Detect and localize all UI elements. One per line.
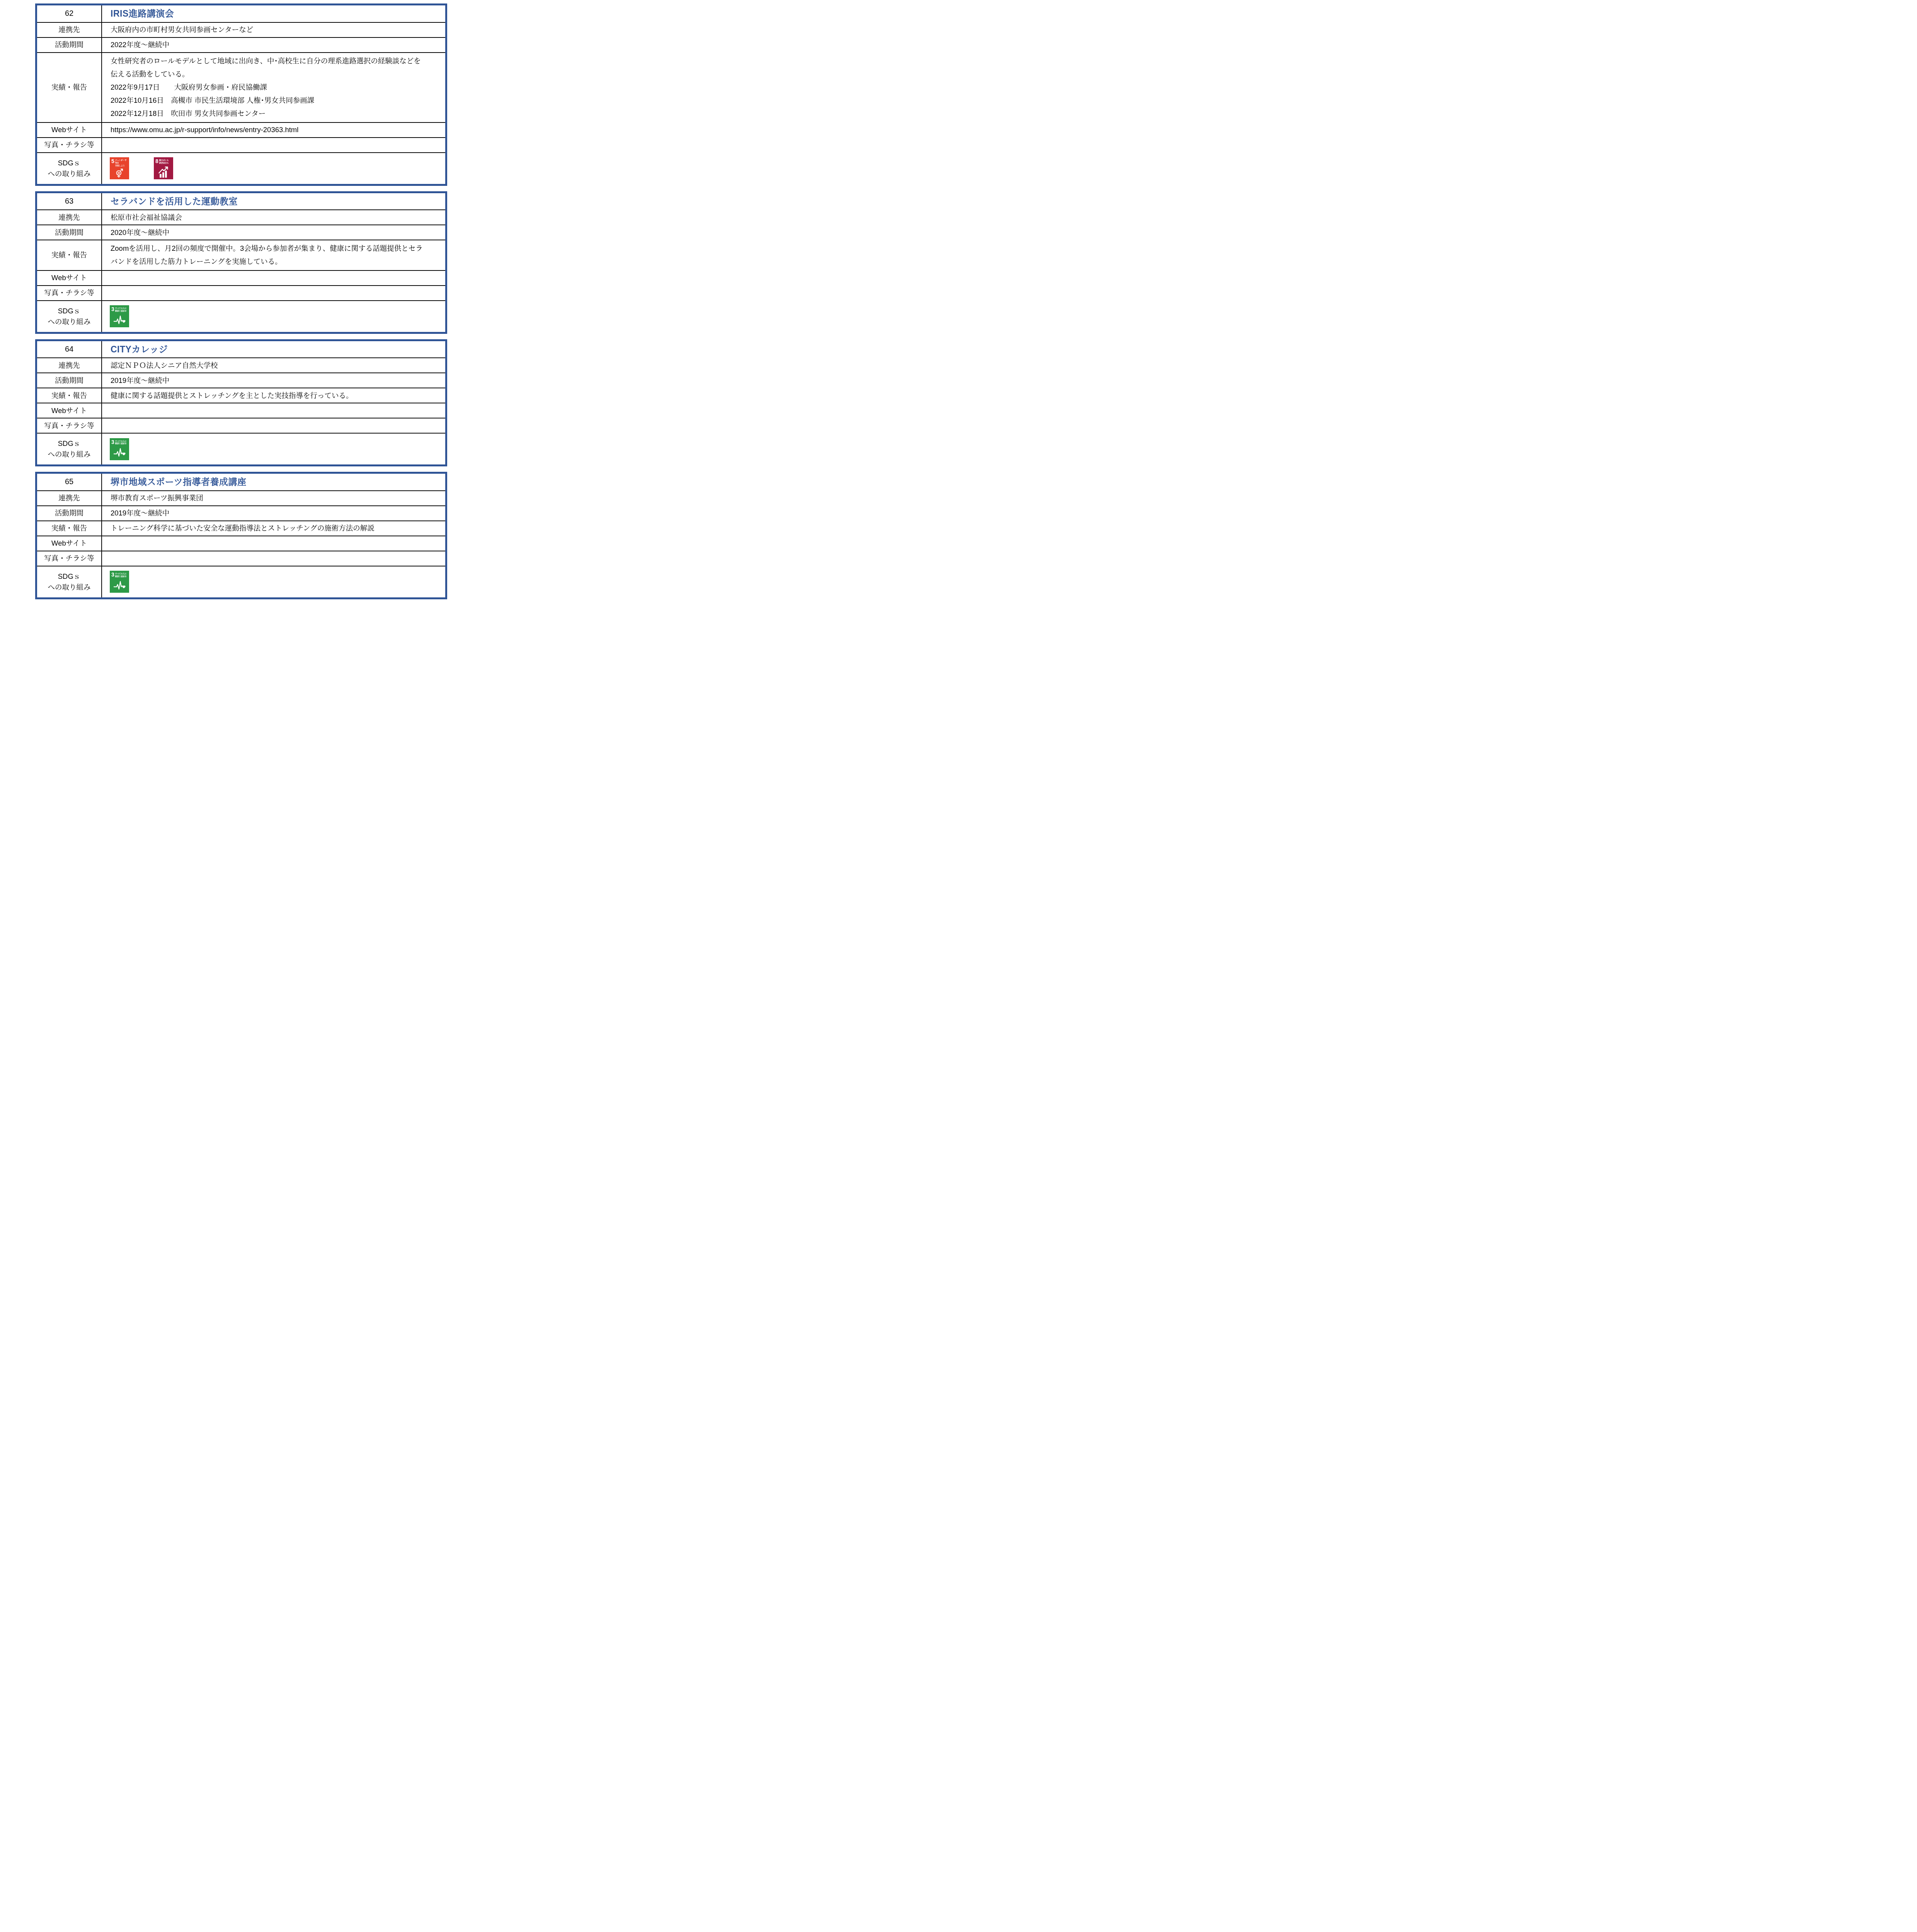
- growth-chart-icon: [155, 165, 172, 179]
- table-row: 写真・チラシ等: [37, 418, 445, 433]
- sdg-goal-3-badge: 3 すべての人に 健康と福祉を: [110, 305, 129, 327]
- table-row: 活動期間 2020年度～継続中: [37, 224, 445, 240]
- table-row: 実績・報告 健康に関する話題提供とストレッチングを主とした実技指導を行っている。: [37, 388, 445, 403]
- table-row: 63 セラバンドを活用した運動教室: [37, 193, 445, 210]
- row-label-photos: 写真・チラシ等: [37, 418, 102, 433]
- period-value: 2022年度～継続中: [102, 38, 445, 52]
- sdg-badge-header: 3 すべての人に 健康と福祉を: [111, 572, 128, 578]
- table-row: 写真・チラシ等: [37, 137, 445, 152]
- table-row: 活動期間 2019年度～継続中: [37, 505, 445, 520]
- row-label-results: 実績・報告: [37, 521, 102, 536]
- row-label-sdgs: SDGｓ への取り組み: [37, 153, 102, 184]
- sdg-badges: 3 すべての人に 健康と福祉を: [102, 301, 445, 332]
- website-url-value: https://www.omu.ac.jp/r-support/info/new…: [102, 123, 445, 137]
- sdg-badges: 3 すべての人に 健康と福祉を: [102, 434, 445, 464]
- sdg-goal-3-badge: 3 すべての人に 健康と福祉を: [110, 571, 129, 593]
- activity-title: IRIS進路講演会: [102, 5, 445, 22]
- sdg-goal-label: 働きがいも 経済成長も: [159, 159, 169, 165]
- table-row: 65 堺市地域スポーツ指導者養成講座: [37, 474, 445, 490]
- table-row: SDGｓ への取り組み 5 ジェンダー平等を 実現しよう: [37, 152, 445, 184]
- row-label-partner: 連携先: [37, 358, 102, 372]
- partner-value: 認定ＮＰＯ法人シニア自然大学校: [102, 358, 445, 372]
- partner-value: 大阪府内の市町村男女共同参画センターなど: [102, 23, 445, 37]
- activity-table-63: 63 セラバンドを活用した運動教室 連携先 松原市社会福祉協議会 活動期間 20…: [35, 191, 447, 334]
- table-row: 活動期間 2019年度～継続中: [37, 372, 445, 388]
- sdg-badge-header: 8 働きがいも 経済成長も: [155, 159, 172, 165]
- table-row: 64 CITYカレッジ: [37, 341, 445, 358]
- sdg-goal-label: すべての人に 健康と福祉を: [115, 572, 127, 578]
- sdg-badge-header: 3 すべての人に 健康と福祉を: [111, 440, 128, 446]
- photos-value: [102, 138, 445, 152]
- website-url-value: [102, 536, 445, 551]
- sdg-goal-8-badge: 8 働きがいも 経済成長も: [154, 157, 173, 179]
- sdg-goal-number: 3: [111, 307, 114, 312]
- activity-number: 64: [37, 341, 102, 358]
- row-label-period: 活動期間: [37, 506, 102, 520]
- results-value: Zoomを活用し、月2回の頻度で開催中。3会場から参加者が集まり、健康に関する話…: [102, 240, 445, 270]
- row-label-partner: 連携先: [37, 491, 102, 505]
- table-row: 実績・報告 Zoomを活用し、月2回の頻度で開催中。3会場から参加者が集まり、健…: [37, 240, 445, 270]
- sdg-goal-label: ジェンダー平等を 実現しよう: [115, 159, 128, 167]
- row-label-photos: 写真・チラシ等: [37, 551, 102, 566]
- website-url-value: [102, 271, 445, 285]
- table-row: 連携先 大阪府内の市町村男女共同参画センターなど: [37, 22, 445, 37]
- row-label-sdgs: SDGｓ への取り組み: [37, 566, 102, 597]
- period-value: 2019年度～継続中: [102, 373, 445, 388]
- table-row: SDGｓ への取り組み 3 すべての人に 健康と福祉を: [37, 566, 445, 597]
- row-label-photos: 写真・チラシ等: [37, 286, 102, 300]
- results-value: 健康に関する話題提供とストレッチングを主とした実技指導を行っている。: [102, 388, 445, 403]
- row-label-photos: 写真・チラシ等: [37, 138, 102, 152]
- heartbeat-heart-icon: [111, 313, 128, 327]
- row-label-partner: 連携先: [37, 23, 102, 37]
- sdg-goal-number: 5: [111, 159, 114, 164]
- results-value: トレーニング科学に基づいた安全な運動指導法とストレッチングの施術方法の解説: [102, 521, 445, 536]
- row-label-website: Webサイト: [37, 536, 102, 551]
- table-row: Webサイト https://www.omu.ac.jp/r-support/i…: [37, 122, 445, 137]
- activity-number: 63: [37, 193, 102, 210]
- sdg-goal-label: すべての人に 健康と福祉を: [115, 307, 127, 313]
- row-label-period: 活動期間: [37, 38, 102, 52]
- heartbeat-heart-icon: [111, 578, 128, 592]
- photos-value: [102, 418, 445, 433]
- heartbeat-heart-icon: [111, 446, 128, 459]
- table-row: 実績・報告 トレーニング科学に基づいた安全な運動指導法とストレッチングの施術方法…: [37, 520, 445, 536]
- table-row: 写真・チラシ等: [37, 551, 445, 566]
- results-value: 女性研究者のロールモデルとして地域に出向き、中･高校生に自分の理系進路選択の経験…: [102, 53, 445, 122]
- photos-value: [102, 551, 445, 566]
- row-label-partner: 連携先: [37, 210, 102, 224]
- activity-number: 62: [37, 5, 102, 22]
- sdg-goal-label: すべての人に 健康と福祉を: [115, 440, 127, 446]
- row-label-results: 実績・報告: [37, 53, 102, 122]
- activity-table-64: 64 CITYカレッジ 連携先 認定ＮＰＯ法人シニア自然大学校 活動期間 201…: [35, 339, 447, 467]
- table-row: SDGｓ への取り組み 3 すべての人に 健康と福祉を: [37, 433, 445, 464]
- row-label-website: Webサイト: [37, 403, 102, 418]
- sdg-badge-header: 3 すべての人に 健康と福祉を: [111, 307, 128, 313]
- sdg-goal-5-badge: 5 ジェンダー平等を 実現しよう: [110, 157, 129, 179]
- partner-value: 松原市社会福祉協議会: [102, 210, 445, 224]
- activity-table-62: 62 IRIS進路講演会 連携先 大阪府内の市町村男女共同参画センターなど 活動…: [35, 3, 447, 186]
- activity-title: CITYカレッジ: [102, 341, 445, 358]
- row-label-website: Webサイト: [37, 123, 102, 137]
- sdg-goal-number: 3: [111, 440, 114, 445]
- table-row: 連携先 堺市教育スポーツ振興事業団: [37, 490, 445, 505]
- table-row: SDGｓ への取り組み 3 すべての人に 健康と福祉を: [37, 300, 445, 332]
- photos-value: [102, 286, 445, 300]
- table-row: 連携先 認定ＮＰＯ法人シニア自然大学校: [37, 357, 445, 372]
- row-label-period: 活動期間: [37, 225, 102, 240]
- period-value: 2020年度～継続中: [102, 225, 445, 240]
- website-url-value: [102, 403, 445, 418]
- row-label-results: 実績・報告: [37, 240, 102, 270]
- sdg-badges: 3 すべての人に 健康と福祉を: [102, 566, 445, 597]
- sdg-badge-header: 5 ジェンダー平等を 実現しよう: [111, 159, 128, 167]
- sdg-badges: 5 ジェンダー平等を 実現しよう: [102, 153, 445, 184]
- sdg-goal-3-badge: 3 すべての人に 健康と福祉を: [110, 438, 129, 460]
- sdg-goal-number: 8: [155, 159, 158, 164]
- table-row: Webサイト: [37, 536, 445, 551]
- activity-title: 堺市地域スポーツ指導者養成講座: [102, 474, 445, 490]
- activity-number: 65: [37, 474, 102, 490]
- table-row: 62 IRIS進路講演会: [37, 5, 445, 22]
- sdg-goal-number: 3: [111, 572, 114, 577]
- table-row: 実績・報告 女性研究者のロールモデルとして地域に出向き、中･高校生に自分の理系進…: [37, 52, 445, 122]
- gender-symbol-icon: [111, 167, 128, 178]
- partner-value: 堺市教育スポーツ振興事業団: [102, 491, 445, 505]
- table-row: 写真・チラシ等: [37, 285, 445, 300]
- table-row: 連携先 松原市社会福祉協議会: [37, 209, 445, 224]
- table-row: Webサイト: [37, 403, 445, 418]
- row-label-website: Webサイト: [37, 271, 102, 285]
- activity-table-65: 65 堺市地域スポーツ指導者養成講座 連携先 堺市教育スポーツ振興事業団 活動期…: [35, 472, 447, 599]
- row-label-sdgs: SDGｓ への取り組み: [37, 434, 102, 464]
- row-label-results: 実績・報告: [37, 388, 102, 403]
- period-value: 2019年度～継続中: [102, 506, 445, 520]
- activity-title: セラバンドを活用した運動教室: [102, 193, 445, 210]
- row-label-sdgs: SDGｓ への取り組み: [37, 301, 102, 332]
- table-row: Webサイト: [37, 270, 445, 285]
- table-row: 活動期間 2022年度～継続中: [37, 37, 445, 52]
- document-page: 62 IRIS進路講演会 連携先 大阪府内の市町村男女共同参画センターなど 活動…: [0, 0, 479, 612]
- row-label-period: 活動期間: [37, 373, 102, 388]
